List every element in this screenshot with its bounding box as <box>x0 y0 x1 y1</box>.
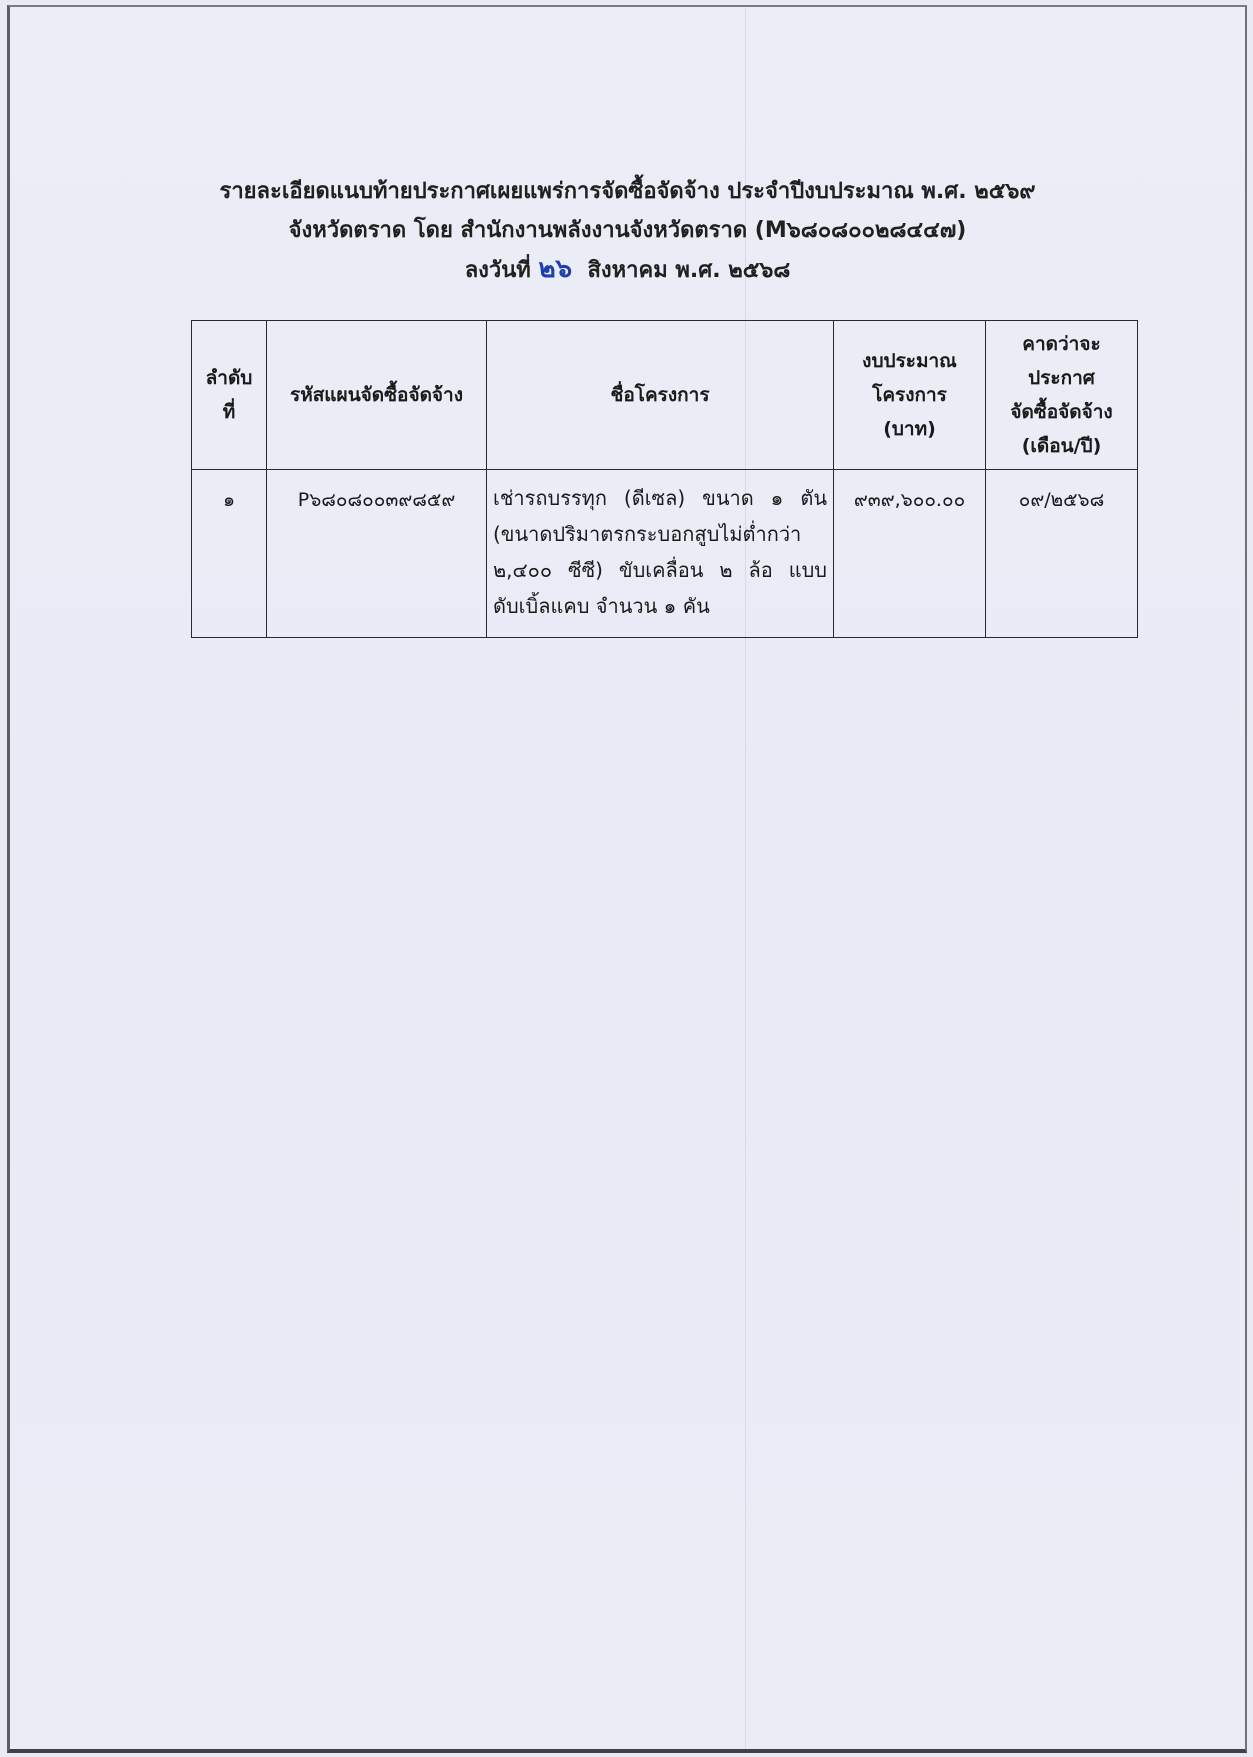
header-expected-date-line: (เดือน/ปี) <box>992 429 1131 463</box>
handwritten-day: ๒๖ <box>538 254 572 284</box>
header-project-name-line: ชื่อโครงการ <box>493 378 827 412</box>
header-expected-date: คาดว่าจะ ประกาศ จัดซื้อจัดจ้าง (เดือน/ปี… <box>986 321 1138 470</box>
header-no-line: ลำดับ <box>198 361 260 395</box>
scanned-page: รายละเอียดแนบท้ายประกาศเผยแพร่การจัดซื้อ… <box>7 5 1247 1753</box>
cell-plan-code: P๖๘๐๘๐๐๓๙๘๕๙ <box>267 470 487 638</box>
header-budget-line: (บาท) <box>840 412 979 446</box>
cell-expected-date: ๐๙/๒๕๖๘ <box>986 470 1138 638</box>
cell-budget: ๙๓๙,๖๐๐.๐๐ <box>834 470 986 638</box>
cell-no: ๑ <box>192 470 267 638</box>
header-project-name: ชื่อโครงการ <box>487 321 834 470</box>
header-no-line: ที่ <box>198 395 260 429</box>
header-expected-date-line: ประกาศ <box>992 361 1131 395</box>
header-expected-date-line: จัดซื้อจัดจ้าง <box>992 395 1131 429</box>
cell-project-name: เช่ารถบรรทุก (ดีเซล) ขนาด ๑ ตัน (ขนาดปริ… <box>487 470 834 638</box>
header-plan-code-line: รหัสแผนจัดซื้อจัดจ้าง <box>273 378 480 412</box>
header-budget-line: งบประมาณ <box>840 344 979 378</box>
title-line-2: จังหวัดตราด โดย สำนักงานพลังงานจังหวัดตร… <box>10 211 1245 250</box>
document-title: รายละเอียดแนบท้ายประกาศเผยแพร่การจัดซื้อ… <box>10 172 1245 290</box>
header-plan-code: รหัสแผนจัดซื้อจัดจ้าง <box>267 321 487 470</box>
procurement-table: ลำดับ ที่ รหัสแผนจัดซื้อจัดจ้าง ชื่อโครง… <box>191 320 1138 638</box>
date-prefix: ลงวันที่ <box>465 258 531 283</box>
header-no: ลำดับ ที่ <box>192 321 267 470</box>
date-line: ลงวันที่ ๒๖ สิงหาคม พ.ศ. ๒๕๖๘ <box>10 250 1245 290</box>
header-expected-date-line: คาดว่าจะ <box>992 327 1131 361</box>
date-suffix: สิงหาคม พ.ศ. ๒๕๖๘ <box>587 258 790 283</box>
header-budget-line: โครงการ <box>840 378 979 412</box>
table-header-row: ลำดับ ที่ รหัสแผนจัดซื้อจัดจ้าง ชื่อโครง… <box>192 321 1138 470</box>
header-budget: งบประมาณ โครงการ (บาท) <box>834 321 986 470</box>
title-line-1: รายละเอียดแนบท้ายประกาศเผยแพร่การจัดซื้อ… <box>10 172 1245 211</box>
table-row: ๑ P๖๘๐๘๐๐๓๙๘๕๙ เช่ารถบรรทุก (ดีเซล) ขนาด… <box>192 470 1138 638</box>
